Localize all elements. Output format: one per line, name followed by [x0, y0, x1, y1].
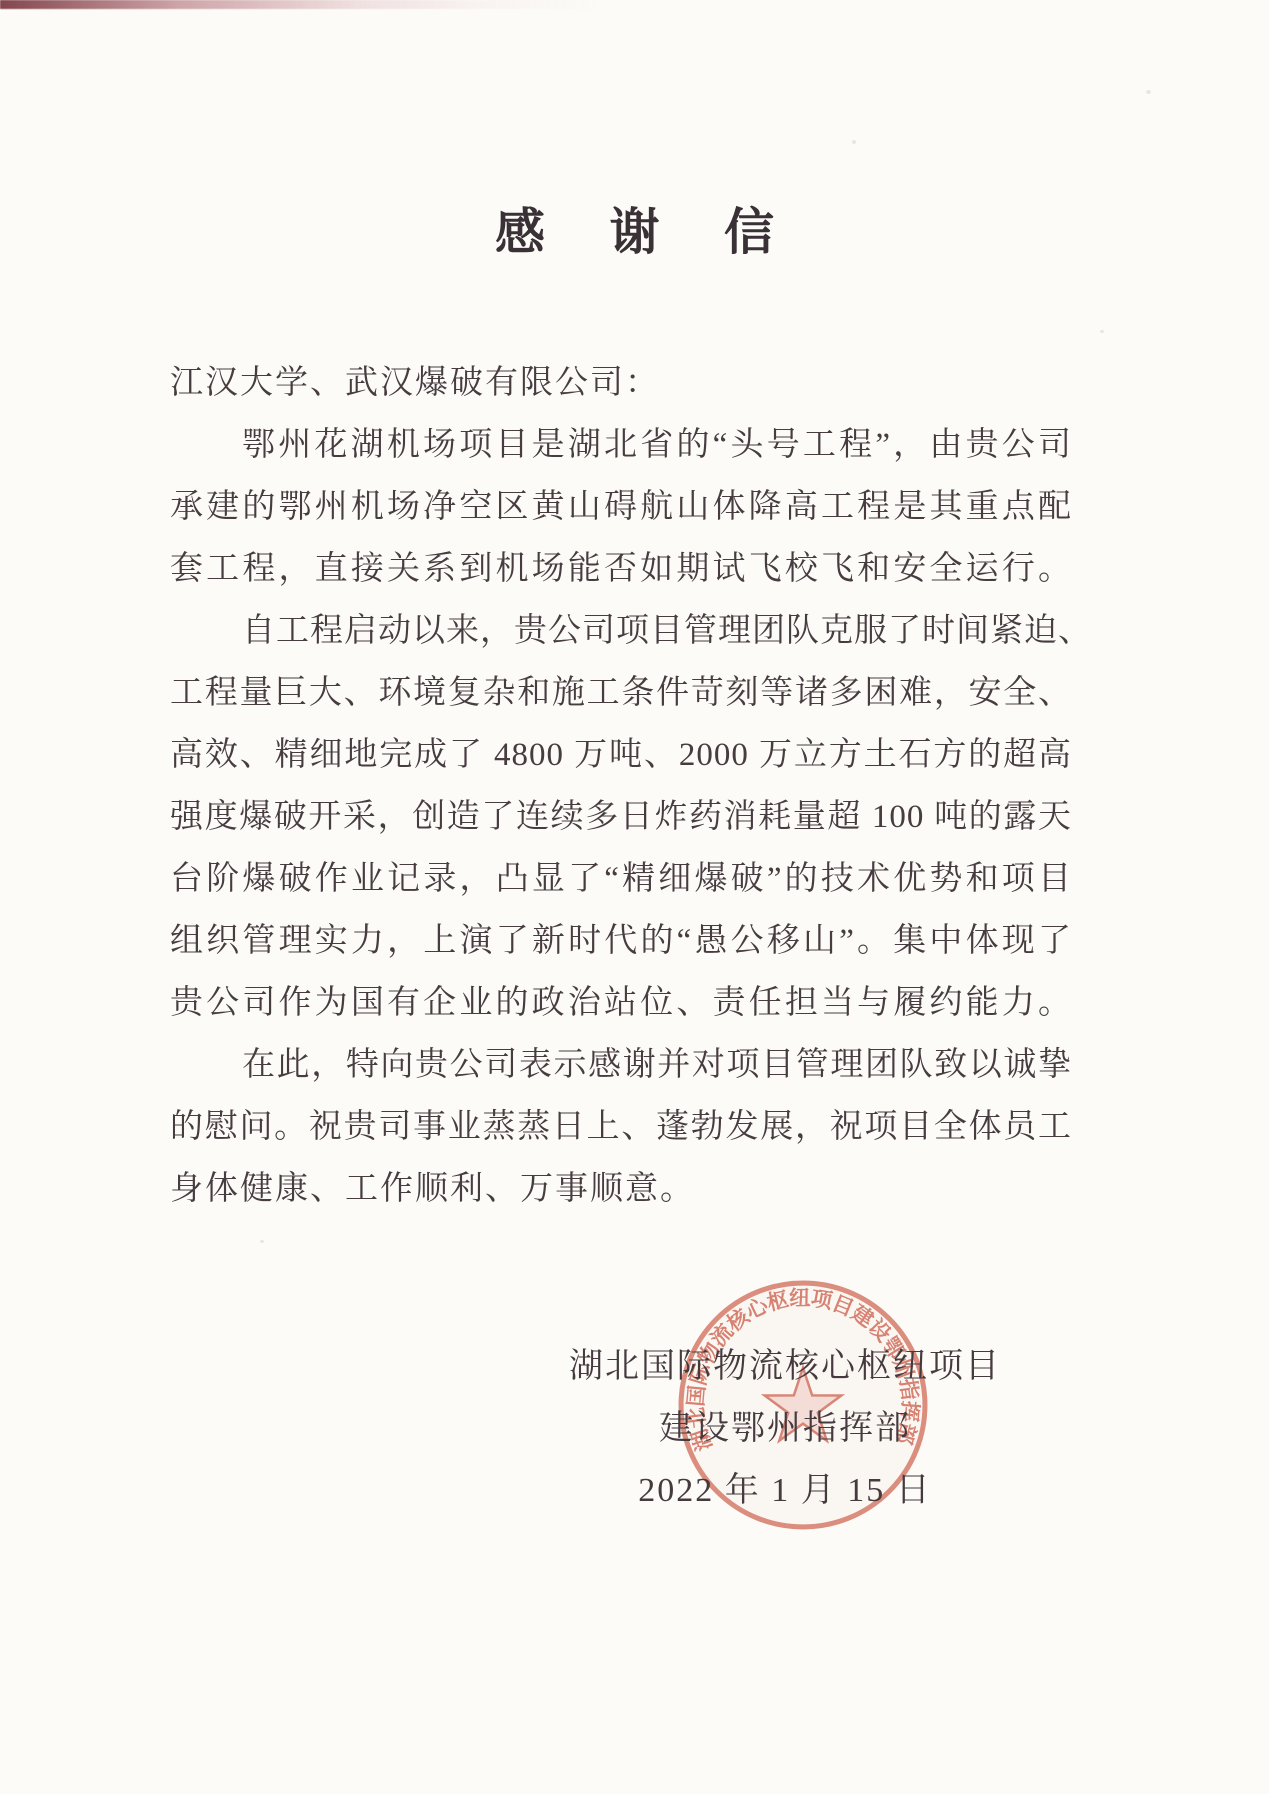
scan-speck — [1100, 330, 1104, 333]
letter-title: 感 谢 信 — [0, 192, 1269, 264]
body-line-13: 身体健康、工作顺利、万事顺意。 — [170, 1158, 1072, 1220]
body-line-5: 工程量巨大、环境复杂和施工条件苛刻等诸多困难，安全、 — [170, 662, 1072, 724]
body-line-2: 承建的鄂州机场净空区黄山碍航山体降高工程是其重点配 — [170, 476, 1072, 538]
scan-artifact-streak — [0, 0, 600, 9]
body-line-11: 在此，特向贵公司表示感谢并对项目管理团队致以诚挚 — [170, 1034, 1072, 1096]
body-line-8: 台阶爆破作业记录，凸显了“精细爆破”的技术优势和项目 — [170, 848, 1072, 910]
body-line-1: 鄂州花湖机场项目是湖北省的“头号工程”，由贵公司 — [170, 414, 1072, 476]
salutation: 江汉大学、武汉爆破有限公司： — [170, 352, 1072, 414]
signature-org-line1: 湖北国际物流核心枢纽项目 — [525, 1336, 1045, 1398]
signature-block: 湖北国际物流核心枢纽项目 建设鄂州指挥部 2022 年 1 月 15 日 — [525, 1336, 1045, 1522]
body-line-4: 自工程启动以来，贵公司项目管理团队克服了时间紧迫、 — [170, 600, 1072, 662]
body-line-9: 组织管理实力，上演了新时代的“愚公移山”。集中体现了 — [170, 910, 1072, 972]
signature-org-line2: 建设鄂州指挥部 — [525, 1398, 1045, 1460]
scan-speck — [1146, 90, 1151, 94]
scan-speck — [852, 140, 856, 144]
body-line-10: 贵公司作为国有企业的政治站位、责任担当与履约能力。 — [170, 972, 1072, 1034]
body-line-6: 高效、精细地完成了 4800 万吨、2000 万立方土石方的超高 — [170, 724, 1072, 786]
scan-speck — [260, 1240, 264, 1243]
letter-body: 江汉大学、武汉爆破有限公司： 鄂州花湖机场项目是湖北省的“头号工程”，由贵公司 … — [170, 352, 1072, 1220]
body-line-12: 的慰问。祝贵司事业蒸蒸日上、蓬勃发展，祝项目全体员工 — [170, 1096, 1072, 1158]
body-line-7: 强度爆破开采，创造了连续多日炸药消耗量超 100 吨的露天 — [170, 786, 1072, 848]
body-line-3: 套工程，直接关系到机场能否如期试飞校飞和安全运行。 — [170, 538, 1072, 600]
letter-page: 感 谢 信 江汉大学、武汉爆破有限公司： 鄂州花湖机场项目是湖北省的“头号工程”… — [0, 0, 1269, 1794]
signature-date: 2022 年 1 月 15 日 — [525, 1460, 1045, 1522]
